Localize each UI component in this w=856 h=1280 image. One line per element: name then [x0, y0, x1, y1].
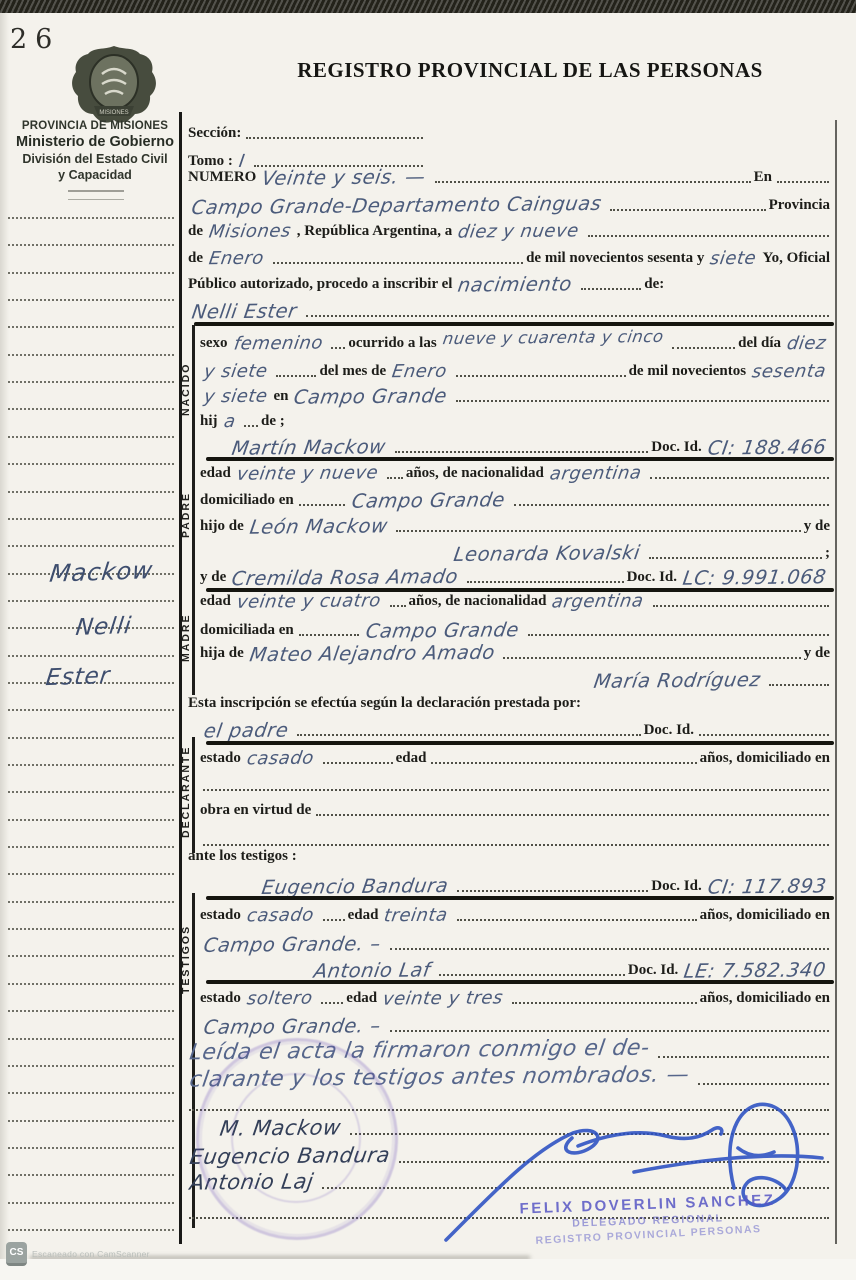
testigo1-estado: casado [241, 907, 321, 926]
sexo-label: sexo [200, 335, 230, 353]
dotted-leader-line [8, 789, 174, 793]
dotted-leader-line [246, 137, 423, 139]
dotted-leader-line [8, 242, 174, 246]
form-right-border [835, 120, 837, 1244]
dotted-leader-line [456, 400, 829, 402]
dotted-leader-line [194, 322, 834, 326]
dotted-leader-line [8, 270, 174, 274]
testigo1-dom-label: años, domiciliado en [700, 907, 832, 925]
dotted-leader-line [8, 543, 174, 547]
madre-nac-value: argentina [547, 592, 651, 611]
hijo-prefix-label: hij [200, 413, 220, 431]
en-label: En [754, 169, 774, 187]
dotted-leader-line [396, 530, 800, 532]
testigo2-estado: soltero [241, 990, 319, 1009]
nacido-name-value: Nelli Ester [186, 301, 304, 322]
section-label-madre: MADRE [179, 598, 193, 678]
dotted-leader-line [306, 315, 829, 317]
dotted-leader-line [456, 375, 626, 377]
provincia-label: Provincia [769, 197, 832, 215]
margin-note-firstname: Nelli [74, 613, 133, 641]
dotted-leader-line [581, 288, 641, 290]
dotted-leader-line [8, 598, 174, 602]
dotted-leader-line [323, 762, 393, 764]
republica-label: , República Argentina, a [297, 223, 454, 241]
abuelo-paterno-value: León Mackow [244, 516, 395, 537]
dotted-leader-line [8, 461, 174, 465]
madre-nac-label: años, de nacionalidad [409, 593, 549, 611]
dotted-leader-line [390, 1030, 829, 1032]
testigo2-doc: LE: 7.582.340 [679, 960, 834, 981]
dotted-leader-line [299, 504, 345, 506]
padre-edad-value: veinte y nueve [231, 464, 385, 484]
form-left-border [179, 112, 182, 1244]
dotted-leader-line [512, 1002, 697, 1004]
dotted-leader-line [8, 953, 174, 957]
testigo2-edad-label: edad [346, 990, 379, 1008]
testigo1-nombre: Eugencio Bandura [256, 875, 455, 897]
testigo2-nombre: Antonio Laf [308, 960, 437, 981]
provincia-value: Misiones [204, 223, 299, 242]
declarante-dom-label: años, domiciliado en [700, 750, 832, 768]
dotted-leader-line [672, 347, 735, 349]
testigo2-edad: veinte y tres [378, 989, 511, 1008]
testigo2-estado-label: estado [200, 990, 243, 1008]
declarante-doc-label: Doc. Id. [644, 722, 696, 740]
publico-label: Público autorizado, procedo a inscribir … [188, 276, 454, 294]
padre-nac-label: años, de nacionalidad [406, 465, 546, 483]
hora-value: nueve y cuarenta y cinco [437, 328, 670, 347]
dotted-leader-line [8, 981, 174, 985]
padre-nombre-value: Martín Mackow [226, 437, 393, 458]
round-ink-stamp-icon [196, 1038, 398, 1240]
section-label-padre: PADRE [179, 470, 193, 560]
section-label-nacido: NACIDO [179, 345, 193, 433]
testigo1-doc: CI: 117.893 [702, 876, 833, 897]
dotted-leader-line [8, 489, 174, 493]
margin-note-middlename: Ester [44, 663, 112, 691]
declarante-edad-label: edad [396, 750, 429, 768]
dotted-leader-line [8, 1063, 174, 1067]
dotted-leader-line [316, 814, 829, 816]
dotted-leader-line [297, 734, 640, 736]
dotted-leader-line [8, 1227, 174, 1231]
numero-label: NUMERO [188, 169, 258, 187]
dotted-leader-line [395, 451, 649, 453]
camscanner-watermark: CS Escaneado con CamScanner [6, 1242, 150, 1266]
testigo2-domicilio: Campo Grande. – [198, 1016, 388, 1037]
dotted-leader-line [8, 707, 174, 711]
dotted-leader-line [777, 181, 829, 183]
dotted-leader-line [8, 844, 174, 848]
madre-edad-label: edad [200, 593, 233, 611]
dotted-leader-line [514, 504, 829, 506]
margin-note-surname: Mackow [48, 556, 155, 588]
dotted-leader-line [8, 735, 174, 739]
dotted-leader-line [273, 262, 523, 264]
dotted-leader-line [8, 871, 174, 875]
dotted-leader-line [610, 209, 765, 211]
declarante-estado-label: estado [200, 750, 243, 768]
hijo-sufijo-value: a [218, 413, 242, 431]
scanned-birth-certificate: 26 MISIONES PROVINCIA DE MISIONES Minist… [0, 0, 856, 1280]
dia-value: diez [782, 335, 834, 354]
dotted-leader-line [276, 375, 316, 377]
section-label-testigos: TESTIGOS [179, 912, 193, 1007]
dotted-leader-line [8, 215, 174, 219]
dotted-leader-line [653, 605, 829, 607]
dotted-leader-line [699, 734, 829, 736]
declarante-intro-label: Esta inscripción se efectúa según la dec… [188, 695, 583, 713]
testigo1-edad-label: edad [348, 907, 381, 925]
dotted-leader-line [457, 890, 648, 892]
testigo1-doc-label: Doc. Id. [651, 878, 703, 896]
madre-yde2-label: y de [804, 645, 832, 663]
dotted-leader-line [8, 1008, 174, 1012]
padre-dom-value: Campo Grande [346, 490, 512, 511]
dotted-leader-line [244, 425, 258, 427]
dotted-leader-line [8, 817, 174, 821]
dotted-leader-line [387, 477, 403, 479]
seccion-label: Sección: [188, 125, 243, 143]
dia-label: del día [738, 335, 783, 353]
dotted-leader-line [8, 1145, 174, 1149]
page-number: 26 [10, 24, 60, 55]
dotted-leader-line [8, 899, 174, 903]
dotted-leader-line [8, 516, 174, 520]
letterhead-division: División del Estado Civil [6, 152, 184, 166]
dotted-leader-line [650, 477, 829, 479]
letterhead-division2: y Capacidad [6, 168, 184, 182]
dotted-leader-line [8, 297, 174, 301]
year-value: siete [705, 250, 764, 269]
madre-edad-value: veinte y cuatro [231, 592, 388, 612]
madre-hija-label: hija de [200, 645, 246, 663]
year-label: de mil novecientos sesenta y [526, 250, 706, 268]
dotted-leader-line [8, 406, 174, 410]
dotted-leader-line [439, 974, 625, 976]
dotted-leader-line [8, 324, 174, 328]
dotted-leader-line [698, 1083, 829, 1085]
padre-doc-value: CI: 188.466 [702, 437, 833, 458]
sexo-value: femenino [228, 334, 330, 353]
ocurrido-label: ocurrido a las [348, 335, 438, 353]
dotted-leader-line [8, 1090, 174, 1094]
acto-value: nacimiento [453, 274, 580, 295]
camscanner-logo-icon: CS [6, 1242, 27, 1266]
letterhead-smudge [68, 190, 124, 200]
testigo1-edad: treinta [379, 907, 455, 926]
padre-doc-label: Doc. Id. [651, 439, 703, 457]
camscanner-text: Escaneado con CamScanner [32, 1249, 150, 1259]
svg-text:MISIONES: MISIONES [99, 110, 128, 116]
de3-label: de: [644, 276, 666, 294]
letterhead-ministry: Ministerio de Gobierno [6, 134, 184, 150]
dotted-leader-line [321, 1002, 343, 1004]
provincial-crest-icon: MISIONES [58, 44, 170, 130]
dotted-leader-line [658, 1056, 829, 1058]
dotted-leader-line [203, 789, 829, 791]
dotted-leader-line [390, 605, 406, 607]
dotted-leader-line [331, 347, 345, 349]
letterhead-province: PROVINCIA DE MISIONES [6, 120, 184, 132]
document-title: REGISTRO PROVINCIAL DE LAS PERSONAS [240, 58, 820, 83]
testigos-intro-label: ante los testigos : [188, 848, 299, 866]
dotted-leader-line [8, 434, 174, 438]
dotted-leader-line [435, 181, 751, 183]
dotted-leader-line [8, 352, 174, 356]
padre-hijo-label: hijo de [200, 518, 246, 536]
numero-value: Veinte y seis. — [257, 167, 433, 188]
de2-label: de [188, 250, 205, 268]
month-value: Enero [204, 250, 272, 269]
declarante-estado-value: casado [241, 750, 321, 769]
dotted-leader-line [8, 1118, 174, 1122]
oficial-label: Yo, Oficial [763, 250, 833, 268]
dotted-leader-line [8, 1172, 174, 1176]
dotted-leader-line [323, 919, 345, 921]
dotted-leader-line [503, 657, 800, 659]
dotted-leader-line [8, 653, 174, 657]
dotted-leader-line [467, 581, 623, 583]
dotted-leader-line [390, 948, 829, 950]
dotted-leader-line [457, 919, 697, 921]
abuelo-materno-value: Mateo Alejandro Amado [244, 642, 502, 664]
dotted-leader-line [431, 762, 696, 764]
dotted-leader-line [8, 1200, 174, 1204]
day-value: diez y nueve [453, 222, 587, 241]
padre-dom-label: domiciliado en [200, 492, 296, 510]
padre-nac-value: argentina [544, 464, 648, 483]
obra-label: obra en virtud de [200, 802, 313, 820]
dotted-leader-line [8, 1036, 174, 1040]
section-label-declarante: DECLARANTE [179, 742, 193, 842]
testigo1-domicilio: Campo Grande. – [198, 934, 388, 955]
testigo2-dom-label: años, domiciliado en [700, 990, 832, 1008]
hijo-de-label: de ; [261, 413, 287, 431]
declarante-value: el padre [198, 720, 295, 740]
dotted-leader-line [8, 762, 174, 766]
testigo1-estado-label: estado [200, 907, 243, 925]
dotted-leader-line [8, 926, 174, 930]
dotted-leader-line [649, 557, 822, 559]
padre-yde-label: y de [804, 518, 832, 536]
padre-edad-label: edad [200, 465, 233, 483]
dotted-leader-line [588, 235, 829, 237]
dotted-leader-line [8, 379, 174, 383]
de-label: de [188, 223, 205, 241]
scan-top-edge [0, 0, 856, 13]
testigo2-doc-label: Doc. Id. [628, 962, 680, 980]
